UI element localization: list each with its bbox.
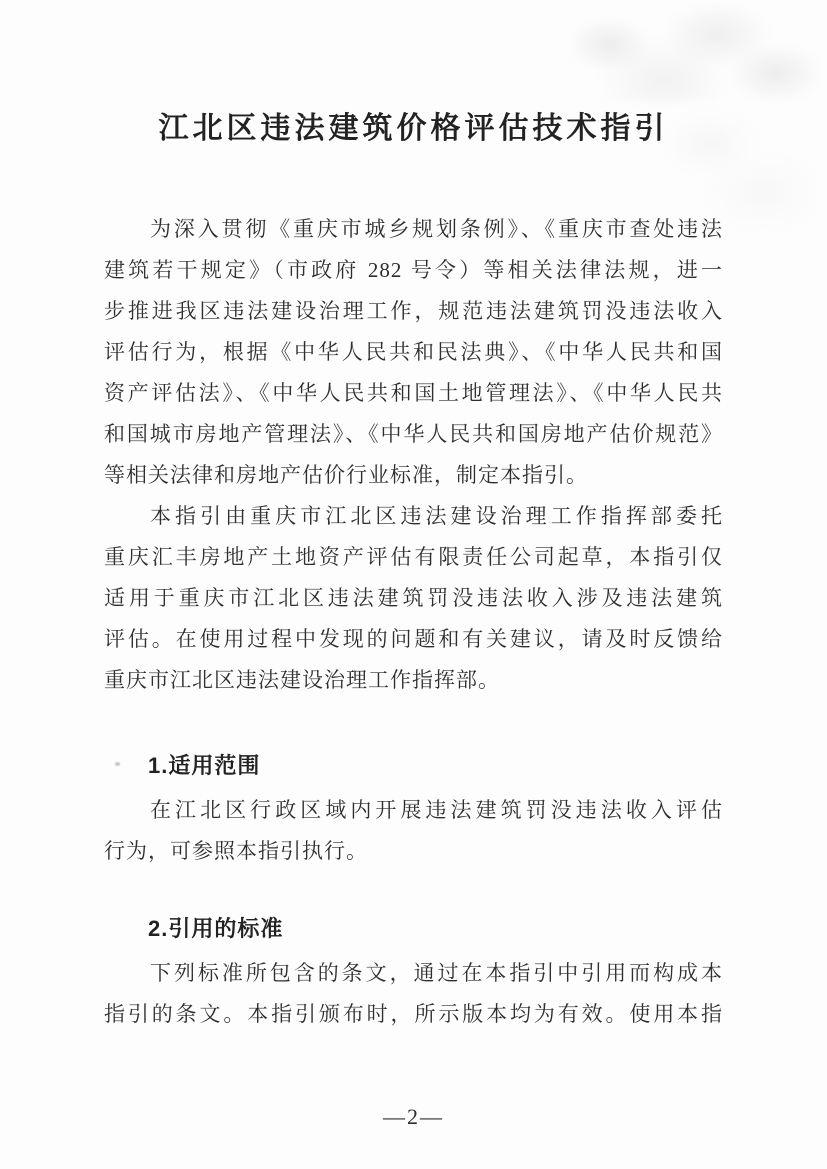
text-line: 重庆市江北区违法建设治理工作指挥部。 — [104, 660, 723, 701]
page-number: —2— — [0, 1104, 827, 1130]
text-line: 指引的条文。本指引颁布时，所示版本均为有效。使用本指 — [104, 994, 723, 1035]
document-page: 江北区违法建筑价格评估技术指引 为深入贯彻《重庆市城乡规划条例》、《重庆市查处违… — [0, 0, 827, 1169]
paragraph-drafting: 本指引由重庆市江北区违法建设治理工作指挥部委托 重庆汇丰房地产土地资产评估有限责… — [104, 496, 723, 701]
text-line: 建筑若干规定》（市政府 282 号令）等相关法律法规，进一 — [104, 250, 723, 291]
text-line: 评估行为，根据《中华人民共和民法典》、《中华人民共和国 — [104, 332, 723, 373]
scan-smudge-top-right — [556, 6, 824, 102]
paragraph-standards: 下列标准所包含的条文，通过在本指引中引用而构成本 指引的条文。本指引颁布时，所示… — [104, 953, 723, 1035]
text-line: 适用于重庆市江北区违法建筑罚没违法收入涉及违法建筑 — [104, 578, 723, 619]
text-line: 本指引由重庆市江北区违法建设治理工作指挥部委托 — [104, 496, 723, 537]
paragraph-scope: 在江北区行政区域内开展违法建筑罚没违法收入评估 行为，可参照本指引执行。 — [104, 790, 723, 872]
paragraph-intro: 为深入贯彻《重庆市城乡规划条例》、《重庆市查处违法 建筑若干规定》（市政府 28… — [104, 209, 723, 496]
text-line: 为深入贯彻《重庆市城乡规划条例》、《重庆市查处违法 — [104, 209, 723, 250]
text-line: 步推进我区违法建设治理工作，规范违法建筑罚没违法收入 — [104, 291, 723, 332]
text-line: 重庆汇丰房地产土地资产评估有限责任公司起草，本指引仅 — [104, 537, 723, 578]
document-body: 为深入贯彻《重庆市城乡规划条例》、《重庆市查处违法 建筑若干规定》（市政府 28… — [104, 209, 723, 1035]
text-line: 下列标准所包含的条文，通过在本指引中引用而构成本 — [104, 953, 723, 994]
text-line: 资产评估法》、《中华人民共和国土地管理法》、《中华人民共 — [104, 373, 723, 414]
section-heading-standards: 2.引用的标准 — [104, 908, 723, 949]
scan-speck — [115, 762, 120, 766]
section-heading-scope: 1.适用范围 — [104, 745, 723, 786]
scan-smudge-right — [640, 108, 815, 228]
text-line: 等相关法律和房地产估价行业标准，制定本指引。 — [104, 455, 723, 496]
text-line: 评估。在使用过程中发现的问题和有关建议，请及时反馈给 — [104, 619, 723, 660]
text-line: 在江北区行政区域内开展违法建筑罚没违法收入评估 — [104, 790, 723, 831]
text-line: 行为，可参照本指引执行。 — [104, 831, 723, 872]
text-line: 和国城市房地产管理法》、《中华人民共和国房地产估价规范》 — [104, 414, 723, 455]
